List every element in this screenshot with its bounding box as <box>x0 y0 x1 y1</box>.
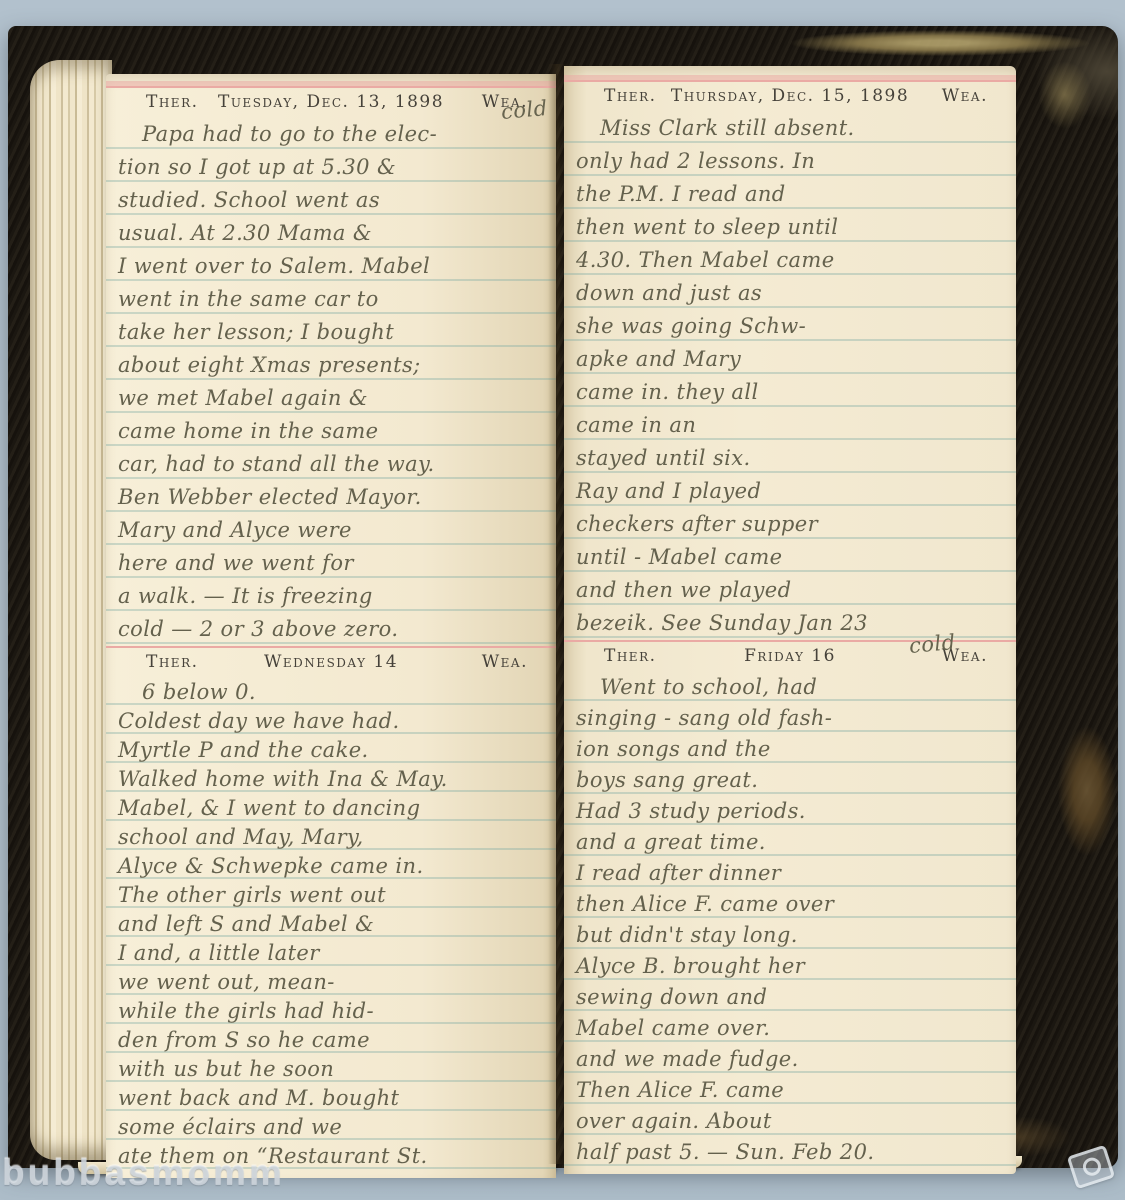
handwritten-line: while the girls had hid- <box>106 997 556 1026</box>
handwritten-line: and a great time. <box>564 827 1016 858</box>
handwritten-line: boys sang great. <box>564 765 1016 796</box>
handwritten-line: Went to school, had <box>564 672 1016 703</box>
date-label: Wednesday 14 <box>264 652 398 672</box>
handwritten-line: Myrtle P and the cake. <box>106 736 556 765</box>
diary-entry-tuesday-dec-13: Ther. Tuesday, Dec. 13, 1898 Wea. cold P… <box>106 86 556 646</box>
handwritten-line: with us but he soon <box>106 1055 556 1084</box>
handwritten-line: Then Alice F. came <box>564 1075 1016 1106</box>
handwritten-line: Ray and I played <box>564 475 1016 508</box>
handwritten-line: Miss Clark still absent. <box>564 112 1016 145</box>
handwritten-line: den from S so he came <box>106 1026 556 1055</box>
handwritten-line: take her lesson; I bought <box>106 316 556 349</box>
handwritten-line: school and May, Mary, <box>106 823 556 852</box>
handwritten-line: half past 5. — Sun. Feb 20. <box>564 1137 1016 1168</box>
handwritten-line: singing - sang old fash- <box>564 703 1016 734</box>
ther-label: Ther. <box>146 652 199 672</box>
date-label: Tuesday, Dec. 13, 1898 <box>218 92 444 112</box>
entry-text: Went to school, hadsinging - sang old fa… <box>564 670 1016 1168</box>
fanned-page-edges <box>30 60 112 1160</box>
wea-label: Wea. <box>942 86 988 106</box>
handwritten-line: I went over to Salem. Mabel <box>106 250 556 283</box>
diary-book: Ther. Tuesday, Dec. 13, 1898 Wea. cold P… <box>8 26 1118 1168</box>
handwritten-line: Papa had to go to the elec- <box>106 118 556 151</box>
entry-header: Ther. Tuesday, Dec. 13, 1898 Wea. cold <box>106 90 556 116</box>
handwritten-line: and left S and Mabel & <box>106 910 556 939</box>
ther-label: Ther. <box>146 92 199 112</box>
handwritten-line: down and just as <box>564 277 1016 310</box>
handwritten-line: The other girls went out <box>106 881 556 910</box>
handwritten-line: Mary and Alyce were <box>106 514 556 547</box>
handwritten-line: then Alice F. came over <box>564 889 1016 920</box>
handwritten-line: came home in the same <box>106 415 556 448</box>
entry-text: Miss Clark still absent.only had 2 lesso… <box>564 110 1016 640</box>
handwritten-line: until - Mabel came <box>564 541 1016 574</box>
handwritten-line: the P.M. I read and <box>564 178 1016 211</box>
handwritten-line: then went to sleep until <box>564 211 1016 244</box>
handwritten-line: 4.30. Then Mabel came <box>564 244 1016 277</box>
diary-page-right: Ther. Thursday, Dec. 15, 1898 Wea. Miss … <box>564 66 1016 1174</box>
handwritten-line: ion songs and the <box>564 734 1016 765</box>
handwritten-line: and we made fudge. <box>564 1044 1016 1075</box>
diary-entry-thursday-dec-15: Ther. Thursday, Dec. 15, 1898 Wea. Miss … <box>564 80 1016 640</box>
handwritten-line: I and, a little later <box>106 939 556 968</box>
handwritten-line: some éclairs and we <box>106 1113 556 1142</box>
handwritten-line: sewing down and <box>564 982 1016 1013</box>
handwritten-line: went back and M. bought <box>106 1084 556 1113</box>
handwritten-line: 6 below 0. <box>106 678 556 707</box>
handwritten-line: she was going Schw- <box>564 310 1016 343</box>
ther-label: Ther. <box>604 86 657 106</box>
handwritten-line: Ben Webber elected Mayor. <box>106 481 556 514</box>
handwritten-line: I read after dinner <box>564 858 1016 889</box>
wea-label: Wea. <box>482 652 528 672</box>
handwritten-line: Mabel came over. <box>564 1013 1016 1044</box>
diary-entry-friday-16: Ther. Friday 16 Wea. cold Went to school… <box>564 640 1016 1174</box>
handwritten-line: went in the same car to <box>106 283 556 316</box>
seller-watermark: bubbasmomm <box>2 1152 285 1194</box>
handwritten-line: came in. they all <box>564 376 1016 409</box>
weather-annotation: cold <box>908 630 956 658</box>
handwritten-line: here and we went for <box>106 547 556 580</box>
handwritten-line: we went out, mean- <box>106 968 556 997</box>
handwritten-line: a walk. — It is freezing <box>106 580 556 613</box>
entry-header: Ther. Thursday, Dec. 15, 1898 Wea. <box>564 84 1016 110</box>
cover-wear-patch <box>790 30 1090 56</box>
entry-text: Papa had to go to the elec-tion so I got… <box>106 116 556 646</box>
ther-label: Ther. <box>604 646 657 666</box>
handwritten-line: and then we played <box>564 574 1016 607</box>
handwritten-line: Mabel, & I went to dancing <box>106 794 556 823</box>
handwritten-line: cold — 2 or 3 above zero. <box>106 613 556 646</box>
handwritten-line: tion so I got up at 5.30 & <box>106 151 556 184</box>
entry-text: 6 below 0.Coldest day we have had.Myrtle… <box>106 676 556 1171</box>
diary-entry-wednesday-14: Ther. Wednesday 14 Wea. 6 below 0.Coldes… <box>106 646 556 1178</box>
handwritten-line: came in an <box>564 409 1016 442</box>
handwritten-line: Walked home with Ina & May. <box>106 765 556 794</box>
entry-header: Ther. Friday 16 Wea. cold <box>564 644 1016 670</box>
date-label: Friday 16 <box>744 646 836 666</box>
entry-header: Ther. Wednesday 14 Wea. <box>106 650 556 676</box>
handwritten-line: Alyce B. brought her <box>564 951 1016 982</box>
handwritten-line: usual. At 2.30 Mama & <box>106 217 556 250</box>
handwritten-line: we met Mabel again & <box>106 382 556 415</box>
date-label: Thursday, Dec. 15, 1898 <box>671 86 909 106</box>
handwritten-line: apke and Mary <box>564 343 1016 376</box>
cover-wear-patch <box>1030 50 1100 140</box>
handwritten-line: checkers after supper <box>564 508 1016 541</box>
handwritten-line: Alyce & Schwepke came in. <box>106 852 556 881</box>
handwritten-line: studied. School went as <box>106 184 556 217</box>
handwritten-line: stayed until six. <box>564 442 1016 475</box>
cover-wear-patch <box>1058 726 1116 856</box>
handwritten-line: but didn't stay long. <box>564 920 1016 951</box>
diary-page-left: Ther. Tuesday, Dec. 13, 1898 Wea. cold P… <box>106 74 556 1178</box>
handwritten-line: about eight Xmas presents; <box>106 349 556 382</box>
handwritten-line: Coldest day we have had. <box>106 707 556 736</box>
handwritten-line: over again. About <box>564 1106 1016 1137</box>
handwritten-line: car, had to stand all the way. <box>106 448 556 481</box>
handwritten-line: Had 3 study periods. <box>564 796 1016 827</box>
handwritten-line: only had 2 lessons. In <box>564 145 1016 178</box>
